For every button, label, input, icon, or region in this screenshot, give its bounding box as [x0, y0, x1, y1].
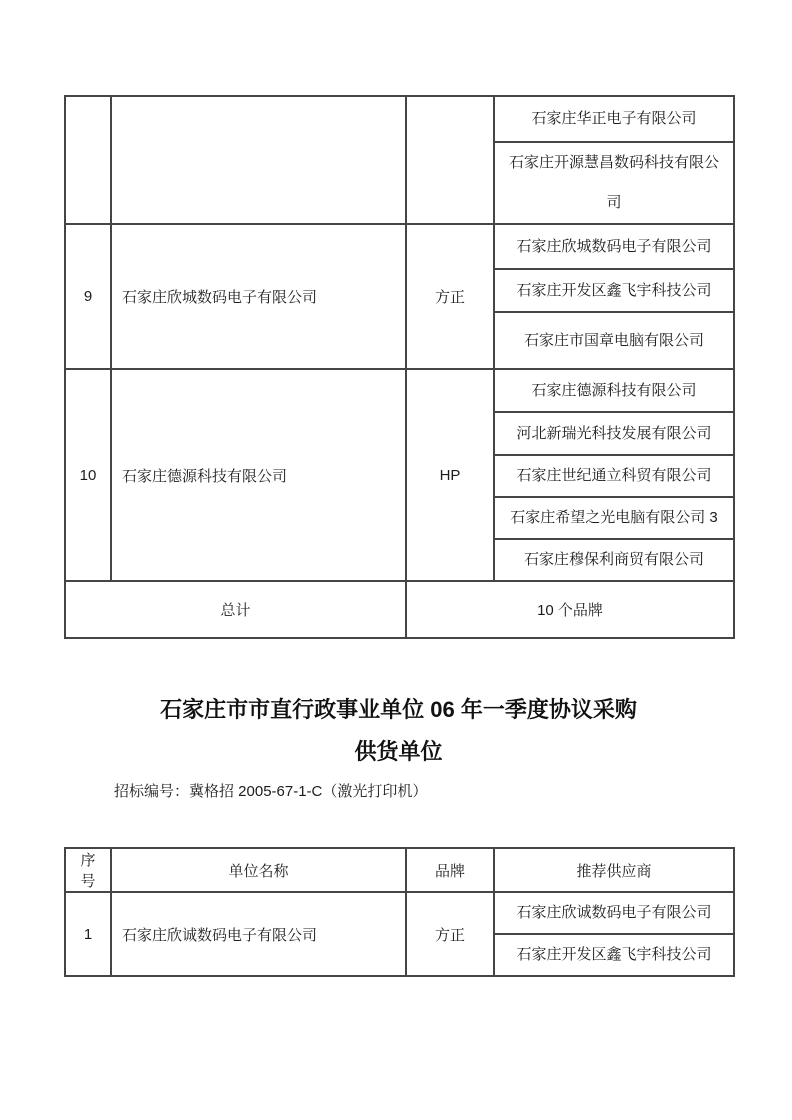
supplier-table: 序号 单位名称 品牌 推荐供应商 1石家庄欣诚数码电子有限公司方正石家庄欣诚数码… [64, 847, 735, 977]
table-row: 10石家庄德源科技有限公司HP石家庄德源科技有限公司 [65, 369, 734, 412]
total-label-cell: 总计 [65, 581, 406, 638]
document-content: 石家庄华正电子有限公司石家庄开源慧昌数码科技有限公司9石家庄欣城数码电子有限公司… [64, 95, 733, 977]
seq-cell [65, 96, 111, 224]
supplier-cell: 石家庄市国章电脑有限公司 [494, 312, 734, 369]
continuation-table: 石家庄华正电子有限公司石家庄开源慧昌数码科技有限公司9石家庄欣城数码电子有限公司… [64, 95, 735, 639]
tender-number-note: 招标编号：冀格招 2005-67-1-C（激光打印机） [64, 781, 733, 803]
supplier-cell: 河北新瑞光科技发展有限公司 [494, 412, 734, 455]
unit-name-cell [111, 96, 406, 224]
unit-name-cell: 石家庄欣城数码电子有限公司 [111, 224, 406, 369]
table-row: 1石家庄欣诚数码电子有限公司方正石家庄欣诚数码电子有限公司 [65, 892, 734, 934]
supplier-cell: 石家庄开源慧昌数码科技有限公司 [494, 142, 734, 224]
title-line-1: 石家庄市市直行政事业单位 06 年一季度协议采购 [64, 689, 733, 731]
document-page: 石家庄华正电子有限公司石家庄开源慧昌数码科技有限公司9石家庄欣城数码电子有限公司… [0, 0, 792, 1120]
seq-cell: 9 [65, 224, 111, 369]
supplier-cell: 石家庄德源科技有限公司 [494, 369, 734, 412]
brand-cell: 方正 [406, 892, 494, 976]
supplier-cell: 石家庄穆保利商贸有限公司 [494, 539, 734, 581]
unit-name-cell: 石家庄欣诚数码电子有限公司 [111, 892, 406, 976]
continuation-table-total: 总计 10 个品牌 [65, 581, 734, 638]
header-unit-name: 单位名称 [111, 848, 406, 892]
supplier-cell: 石家庄欣诚数码电子有限公司 [494, 892, 734, 934]
continuation-table-body: 石家庄华正电子有限公司石家庄开源慧昌数码科技有限公司9石家庄欣城数码电子有限公司… [65, 96, 734, 581]
brand-cell [406, 96, 494, 224]
seq-cell: 10 [65, 369, 111, 581]
supplier-table-header: 序号 单位名称 品牌 推荐供应商 [65, 848, 734, 892]
brand-cell: 方正 [406, 224, 494, 369]
header-recommended-supplier: 推荐供应商 [494, 848, 734, 892]
brand-cell: HP [406, 369, 494, 581]
supplier-cell: 石家庄开发区鑫飞宇科技公司 [494, 269, 734, 312]
header-row: 序号 单位名称 品牌 推荐供应商 [65, 848, 734, 892]
title-line-2: 供货单位 [64, 731, 733, 773]
supplier-cell: 石家庄欣城数码电子有限公司 [494, 224, 734, 269]
supplier-cell: 石家庄华正电子有限公司 [494, 96, 734, 142]
total-row: 总计 10 个品牌 [65, 581, 734, 638]
seq-cell: 1 [65, 892, 111, 976]
header-seq: 序号 [65, 848, 111, 892]
header-brand: 品牌 [406, 848, 494, 892]
supplier-table-body: 1石家庄欣诚数码电子有限公司方正石家庄欣诚数码电子有限公司石家庄开发区鑫飞宇科技… [65, 892, 734, 976]
supplier-cell: 石家庄希望之光电脑有限公司 3 [494, 497, 734, 539]
supplier-cell: 石家庄开发区鑫飞宇科技公司 [494, 934, 734, 976]
document-title: 石家庄市市直行政事业单位 06 年一季度协议采购 供货单位 [64, 689, 733, 773]
table-row: 9石家庄欣城数码电子有限公司方正石家庄欣城数码电子有限公司 [65, 224, 734, 269]
unit-name-cell: 石家庄德源科技有限公司 [111, 369, 406, 581]
table-row: 石家庄华正电子有限公司 [65, 96, 734, 142]
supplier-cell: 石家庄世纪通立科贸有限公司 [494, 455, 734, 497]
total-value-cell: 10 个品牌 [406, 581, 734, 638]
